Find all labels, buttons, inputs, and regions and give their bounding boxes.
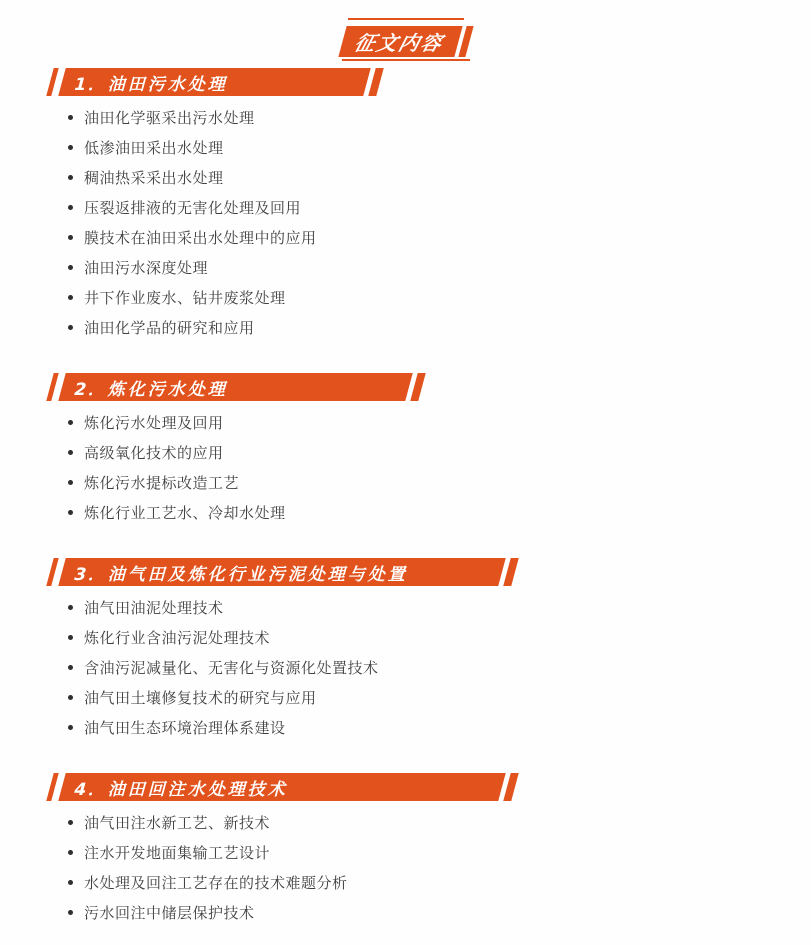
badge-label: 征文内容	[351, 27, 447, 56]
badge-bottom-line	[342, 59, 470, 61]
list-item: 油气田土壤修复技术的研究与应用	[50, 682, 811, 712]
list-item: 油气田注水新工艺、新技术	[50, 807, 811, 837]
list-item-text: 炼化污水提标改造工艺	[84, 472, 239, 493]
banner-right-sliver	[503, 773, 519, 801]
banner-right-sliver	[503, 558, 519, 586]
bullet-icon	[68, 450, 73, 455]
bullet-icon	[68, 235, 73, 240]
list-item: 井下作业废水、钻井废浆处理	[50, 282, 811, 312]
list-item: 油田化学驱采出污水处理	[50, 102, 811, 132]
section-banner-main: 1．油田污水处理	[58, 68, 371, 96]
list-item-text: 低渗油田采出水处理	[84, 137, 224, 158]
badge-top-line	[348, 18, 464, 20]
list-item-text: 炼化污水处理及回用	[84, 412, 224, 433]
section-title: 2．炼化污水处理	[72, 375, 234, 400]
section-title: 1．油田污水处理	[72, 70, 234, 95]
banner-left-slash	[46, 68, 59, 96]
list-item-text: 油气田注水新工艺、新技术	[84, 812, 270, 833]
list-item: 含油污泥减量化、无害化与资源化处置技术	[50, 652, 811, 682]
list-item-text: 含油污泥减量化、无害化与资源化处置技术	[84, 657, 379, 678]
bullet-icon	[68, 850, 73, 855]
bullet-icon	[68, 145, 73, 150]
list-item: 油气田生态环境治理体系建设	[50, 712, 811, 742]
list-item-text: 油田化学驱采出污水处理	[84, 107, 255, 128]
bullet-icon	[68, 175, 73, 180]
call-for-papers-badge: 征文内容	[342, 26, 469, 57]
list-item-text: 油气田生态环境治理体系建设	[84, 717, 286, 738]
section-banner: 4．油田回注水处理技术	[50, 773, 811, 801]
bullet-icon	[68, 420, 73, 425]
bullet-icon	[68, 665, 73, 670]
section-list: 油气田注水新工艺、新技术 注水开发地面集输工艺设计 水处理及回注工艺存在的技术难…	[50, 807, 811, 927]
banner-left-slash	[46, 558, 59, 586]
section-title: 4．油田回注水处理技术	[72, 775, 294, 800]
section-list: 炼化污水处理及回用 高级氧化技术的应用 炼化污水提标改造工艺 炼化行业工艺水、冷…	[50, 407, 811, 527]
list-item-text: 油田污水深度处理	[84, 257, 208, 278]
page: 征文内容 1．油田污水处理 油田化学驱采出污水处理 低渗油田采出水处理 稠油热采…	[0, 0, 811, 945]
list-item-text: 油田化学品的研究和应用	[84, 317, 255, 338]
banner-right-sliver	[410, 373, 426, 401]
list-item: 低渗油田采出水处理	[50, 132, 811, 162]
section-title: 3．油气田及炼化行业污泥处理与处置	[72, 560, 414, 585]
list-item: 油田污水深度处理	[50, 252, 811, 282]
list-item: 注水开发地面集输工艺设计	[50, 837, 811, 867]
list-item-text: 油气田土壤修复技术的研究与应用	[84, 687, 317, 708]
bullet-icon	[68, 605, 73, 610]
section-list: 油气田油泥处理技术 炼化行业含油污泥处理技术 含油污泥减量化、无害化与资源化处置…	[50, 592, 811, 742]
list-item: 油气田油泥处理技术	[50, 592, 811, 622]
topic-section: 4．油田回注水处理技术 油气田注水新工艺、新技术 注水开发地面集输工艺设计 水处…	[50, 773, 811, 927]
bullet-icon	[68, 265, 73, 270]
list-item-text: 炼化行业含油污泥处理技术	[84, 627, 270, 648]
banner-right-sliver	[368, 68, 384, 96]
bullet-icon	[68, 295, 73, 300]
section-banner: 3．油气田及炼化行业污泥处理与处置	[50, 558, 811, 586]
list-item: 污水回注中储层保护技术	[50, 897, 811, 927]
list-item-text: 压裂返排液的无害化处理及回用	[84, 197, 301, 218]
list-item-text: 稠油热采采出水处理	[84, 167, 224, 188]
bullet-icon	[68, 725, 73, 730]
list-item: 水处理及回注工艺存在的技术难题分析	[50, 867, 811, 897]
section-banner-main: 2．炼化污水处理	[58, 373, 413, 401]
list-item: 膜技术在油田采出水处理中的应用	[50, 222, 811, 252]
list-item: 油田化学品的研究和应用	[50, 312, 811, 342]
bullet-icon	[68, 510, 73, 515]
bullet-icon	[68, 635, 73, 640]
list-item: 炼化污水提标改造工艺	[50, 467, 811, 497]
list-item-text: 膜技术在油田采出水处理中的应用	[84, 227, 317, 248]
bullet-icon	[68, 205, 73, 210]
list-item-text: 水处理及回注工艺存在的技术难题分析	[84, 872, 348, 893]
list-item: 稠油热采采出水处理	[50, 162, 811, 192]
bullet-icon	[68, 820, 73, 825]
section-banner: 1．油田污水处理	[50, 68, 811, 96]
list-item-text: 油气田油泥处理技术	[84, 597, 224, 618]
list-item-text: 炼化行业工艺水、冷却水处理	[84, 502, 286, 523]
list-item: 炼化污水处理及回用	[50, 407, 811, 437]
bullet-icon	[68, 910, 73, 915]
list-item: 压裂返排液的无害化处理及回用	[50, 192, 811, 222]
header: 征文内容	[0, 0, 811, 68]
topic-section: 1．油田污水处理 油田化学驱采出污水处理 低渗油田采出水处理 稠油热采采出水处理…	[50, 68, 811, 342]
bullet-icon	[68, 695, 73, 700]
banner-left-slash	[46, 773, 59, 801]
topic-section: 2．炼化污水处理 炼化污水处理及回用 高级氧化技术的应用 炼化污水提标改造工艺 …	[50, 373, 811, 527]
content: 1．油田污水处理 油田化学驱采出污水处理 低渗油田采出水处理 稠油热采采出水处理…	[0, 68, 811, 927]
bullet-icon	[68, 115, 73, 120]
banner-left-slash	[46, 373, 59, 401]
section-banner: 2．炼化污水处理	[50, 373, 811, 401]
bullet-icon	[68, 480, 73, 485]
bullet-icon	[68, 325, 73, 330]
list-item: 炼化行业含油污泥处理技术	[50, 622, 811, 652]
list-item: 炼化行业工艺水、冷却水处理	[50, 497, 811, 527]
list-item-text: 注水开发地面集输工艺设计	[84, 842, 270, 863]
bullet-icon	[68, 880, 73, 885]
list-item: 高级氧化技术的应用	[50, 437, 811, 467]
section-banner-main: 3．油气田及炼化行业污泥处理与处置	[58, 558, 506, 586]
list-item-text: 污水回注中储层保护技术	[84, 902, 255, 923]
topic-section: 3．油气田及炼化行业污泥处理与处置 油气田油泥处理技术 炼化行业含油污泥处理技术…	[50, 558, 811, 742]
section-list: 油田化学驱采出污水处理 低渗油田采出水处理 稠油热采采出水处理 压裂返排液的无害…	[50, 102, 811, 342]
list-item-text: 井下作业废水、钻井废浆处理	[84, 287, 286, 308]
list-item-text: 高级氧化技术的应用	[84, 442, 224, 463]
section-banner-main: 4．油田回注水处理技术	[58, 773, 506, 801]
badge-body: 征文内容	[338, 26, 462, 57]
